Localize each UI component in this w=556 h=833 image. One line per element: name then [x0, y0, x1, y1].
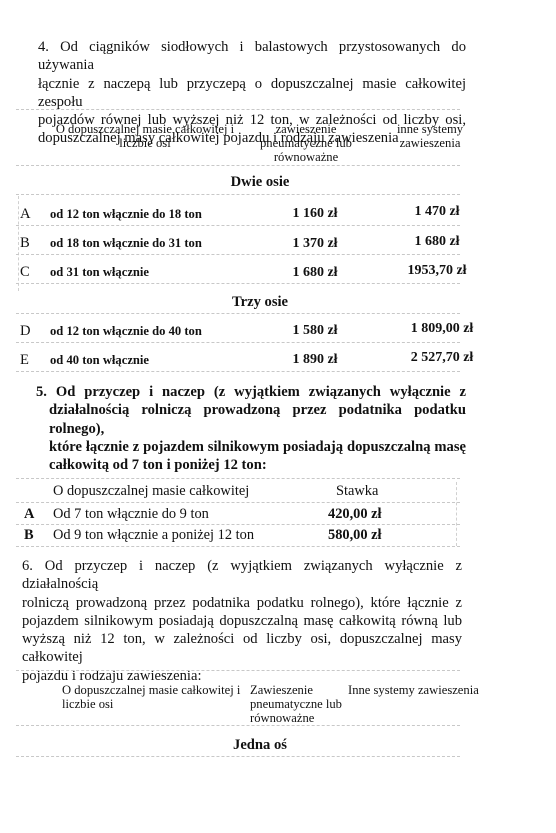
- section6-intro-line: rolniczą prowadzoną przez podatnika poda…: [22, 594, 462, 612]
- rate-other: 2 527,70 zł: [392, 350, 492, 366]
- rate-value: 420,00 zł: [328, 506, 382, 523]
- rate-pneumatic: 1 370 zł: [270, 236, 360, 252]
- header-line: O dopuszczalnej masie całkowitej i: [62, 683, 252, 697]
- section6-header-mass-axles: O dopuszczalnej masie całkowitej i liczb…: [62, 683, 252, 711]
- rate-pneumatic: 1 580 zł: [270, 323, 360, 339]
- rate-other: 1 809,00 zł: [392, 321, 492, 337]
- rate-pneumatic: 1 890 zł: [270, 352, 360, 368]
- row-letter: A: [20, 206, 31, 223]
- row-description: od 12 ton włącznie do 18 ton: [50, 207, 202, 222]
- section5-header-rate: Stawka: [336, 483, 378, 500]
- divider: [16, 194, 460, 195]
- rate-other: 1 680 zł: [392, 234, 482, 250]
- header-line: liczbie osi: [62, 697, 252, 711]
- divider: [16, 371, 460, 372]
- section4-header-pneumatic: zawieszenie pneumatyczne lub równoważne: [256, 122, 356, 164]
- divider: [16, 109, 460, 110]
- section4-header-mass-axles: O dopuszczalnej masie całkowitej i liczb…: [55, 122, 235, 150]
- section6-header-pneumatic: Zawieszenie pneumatyczne lub równoważne: [250, 683, 350, 725]
- section5-intro-line: które łącznie z pojazdem silnikowym posi…: [36, 438, 466, 456]
- divider: [18, 196, 19, 291]
- divider: [16, 165, 460, 166]
- group-title-two-axles: Dwie osie: [180, 174, 340, 191]
- section6-intro-line: wyższą niż 12 ton, w zależności od liczb…: [22, 630, 462, 667]
- group-title-one-axle: Jedna oś: [180, 737, 340, 754]
- row-description: od 40 ton włącznie: [50, 353, 149, 368]
- section5-intro: 5. Od przyczep i naczep (z wyjątkiem zwi…: [36, 383, 466, 474]
- section4-header-other: inne systemy zawieszenia: [380, 122, 480, 150]
- rate-pneumatic: 1 680 zł: [270, 265, 360, 281]
- rate-other: 1 470 zł: [392, 204, 482, 220]
- divider: [16, 670, 460, 671]
- section6-intro-line: pojazdem silnikowym posiadają dopuszczal…: [22, 612, 462, 630]
- divider: [16, 524, 460, 525]
- row-letter: E: [20, 352, 29, 369]
- row-description: od 18 ton włącznie do 31 ton: [50, 236, 202, 251]
- header-line: równoważne: [250, 711, 350, 725]
- section6-intro: 6. Od przyczep i naczep (z wyjątkiem zwi…: [22, 557, 462, 685]
- section5-header-mass: O dopuszczalnej masie całkowitej: [53, 483, 249, 500]
- divider: [16, 546, 460, 547]
- row-description: od 12 ton włącznie do 40 ton: [50, 324, 202, 339]
- header-line: pneumatyczne lub: [250, 697, 350, 711]
- divider: [16, 225, 460, 226]
- section6-header-other: Inne systemy zawieszenia: [348, 683, 488, 697]
- divider: [456, 482, 457, 546]
- section4-intro-line: łącznie z naczepą lub przyczepą o dopusz…: [38, 75, 466, 112]
- divider: [16, 502, 460, 503]
- rate-value: 580,00 zł: [328, 527, 382, 544]
- row-description: Od 9 ton włącznie a poniżej 12 ton: [53, 527, 254, 544]
- section6-intro-line: 6. Od przyczep i naczep (z wyjątkiem zwi…: [22, 557, 462, 594]
- divider: [16, 478, 460, 479]
- row-letter: B: [24, 527, 34, 544]
- row-letter: A: [24, 506, 34, 523]
- rate-other: 1953,70 zł: [392, 263, 482, 279]
- divider: [16, 254, 460, 255]
- section5-intro-line: całkowitą od 7 ton i poniżej 12 ton:: [36, 456, 466, 474]
- row-letter: C: [20, 264, 30, 281]
- divider: [16, 313, 460, 314]
- section5-intro-line: działalnością rolniczą prowadzoną przez …: [36, 401, 466, 438]
- rate-pneumatic: 1 160 zł: [270, 206, 360, 222]
- divider: [16, 283, 460, 284]
- row-description: od 31 ton włącznie: [50, 265, 149, 280]
- section5-intro-line: 5. Od przyczep i naczep (z wyjątkiem zwi…: [36, 383, 466, 401]
- row-letter: D: [20, 323, 31, 340]
- divider: [16, 342, 460, 343]
- group-title-three-axles: Trzy osie: [180, 294, 340, 311]
- divider: [16, 756, 460, 757]
- divider: [16, 725, 460, 726]
- section4-intro-line: 4. Od ciągników siodłowych i balastowych…: [38, 38, 466, 75]
- row-letter: B: [20, 235, 30, 252]
- row-description: Od 7 ton włącznie do 9 ton: [53, 506, 209, 523]
- header-line: Zawieszenie: [250, 683, 350, 697]
